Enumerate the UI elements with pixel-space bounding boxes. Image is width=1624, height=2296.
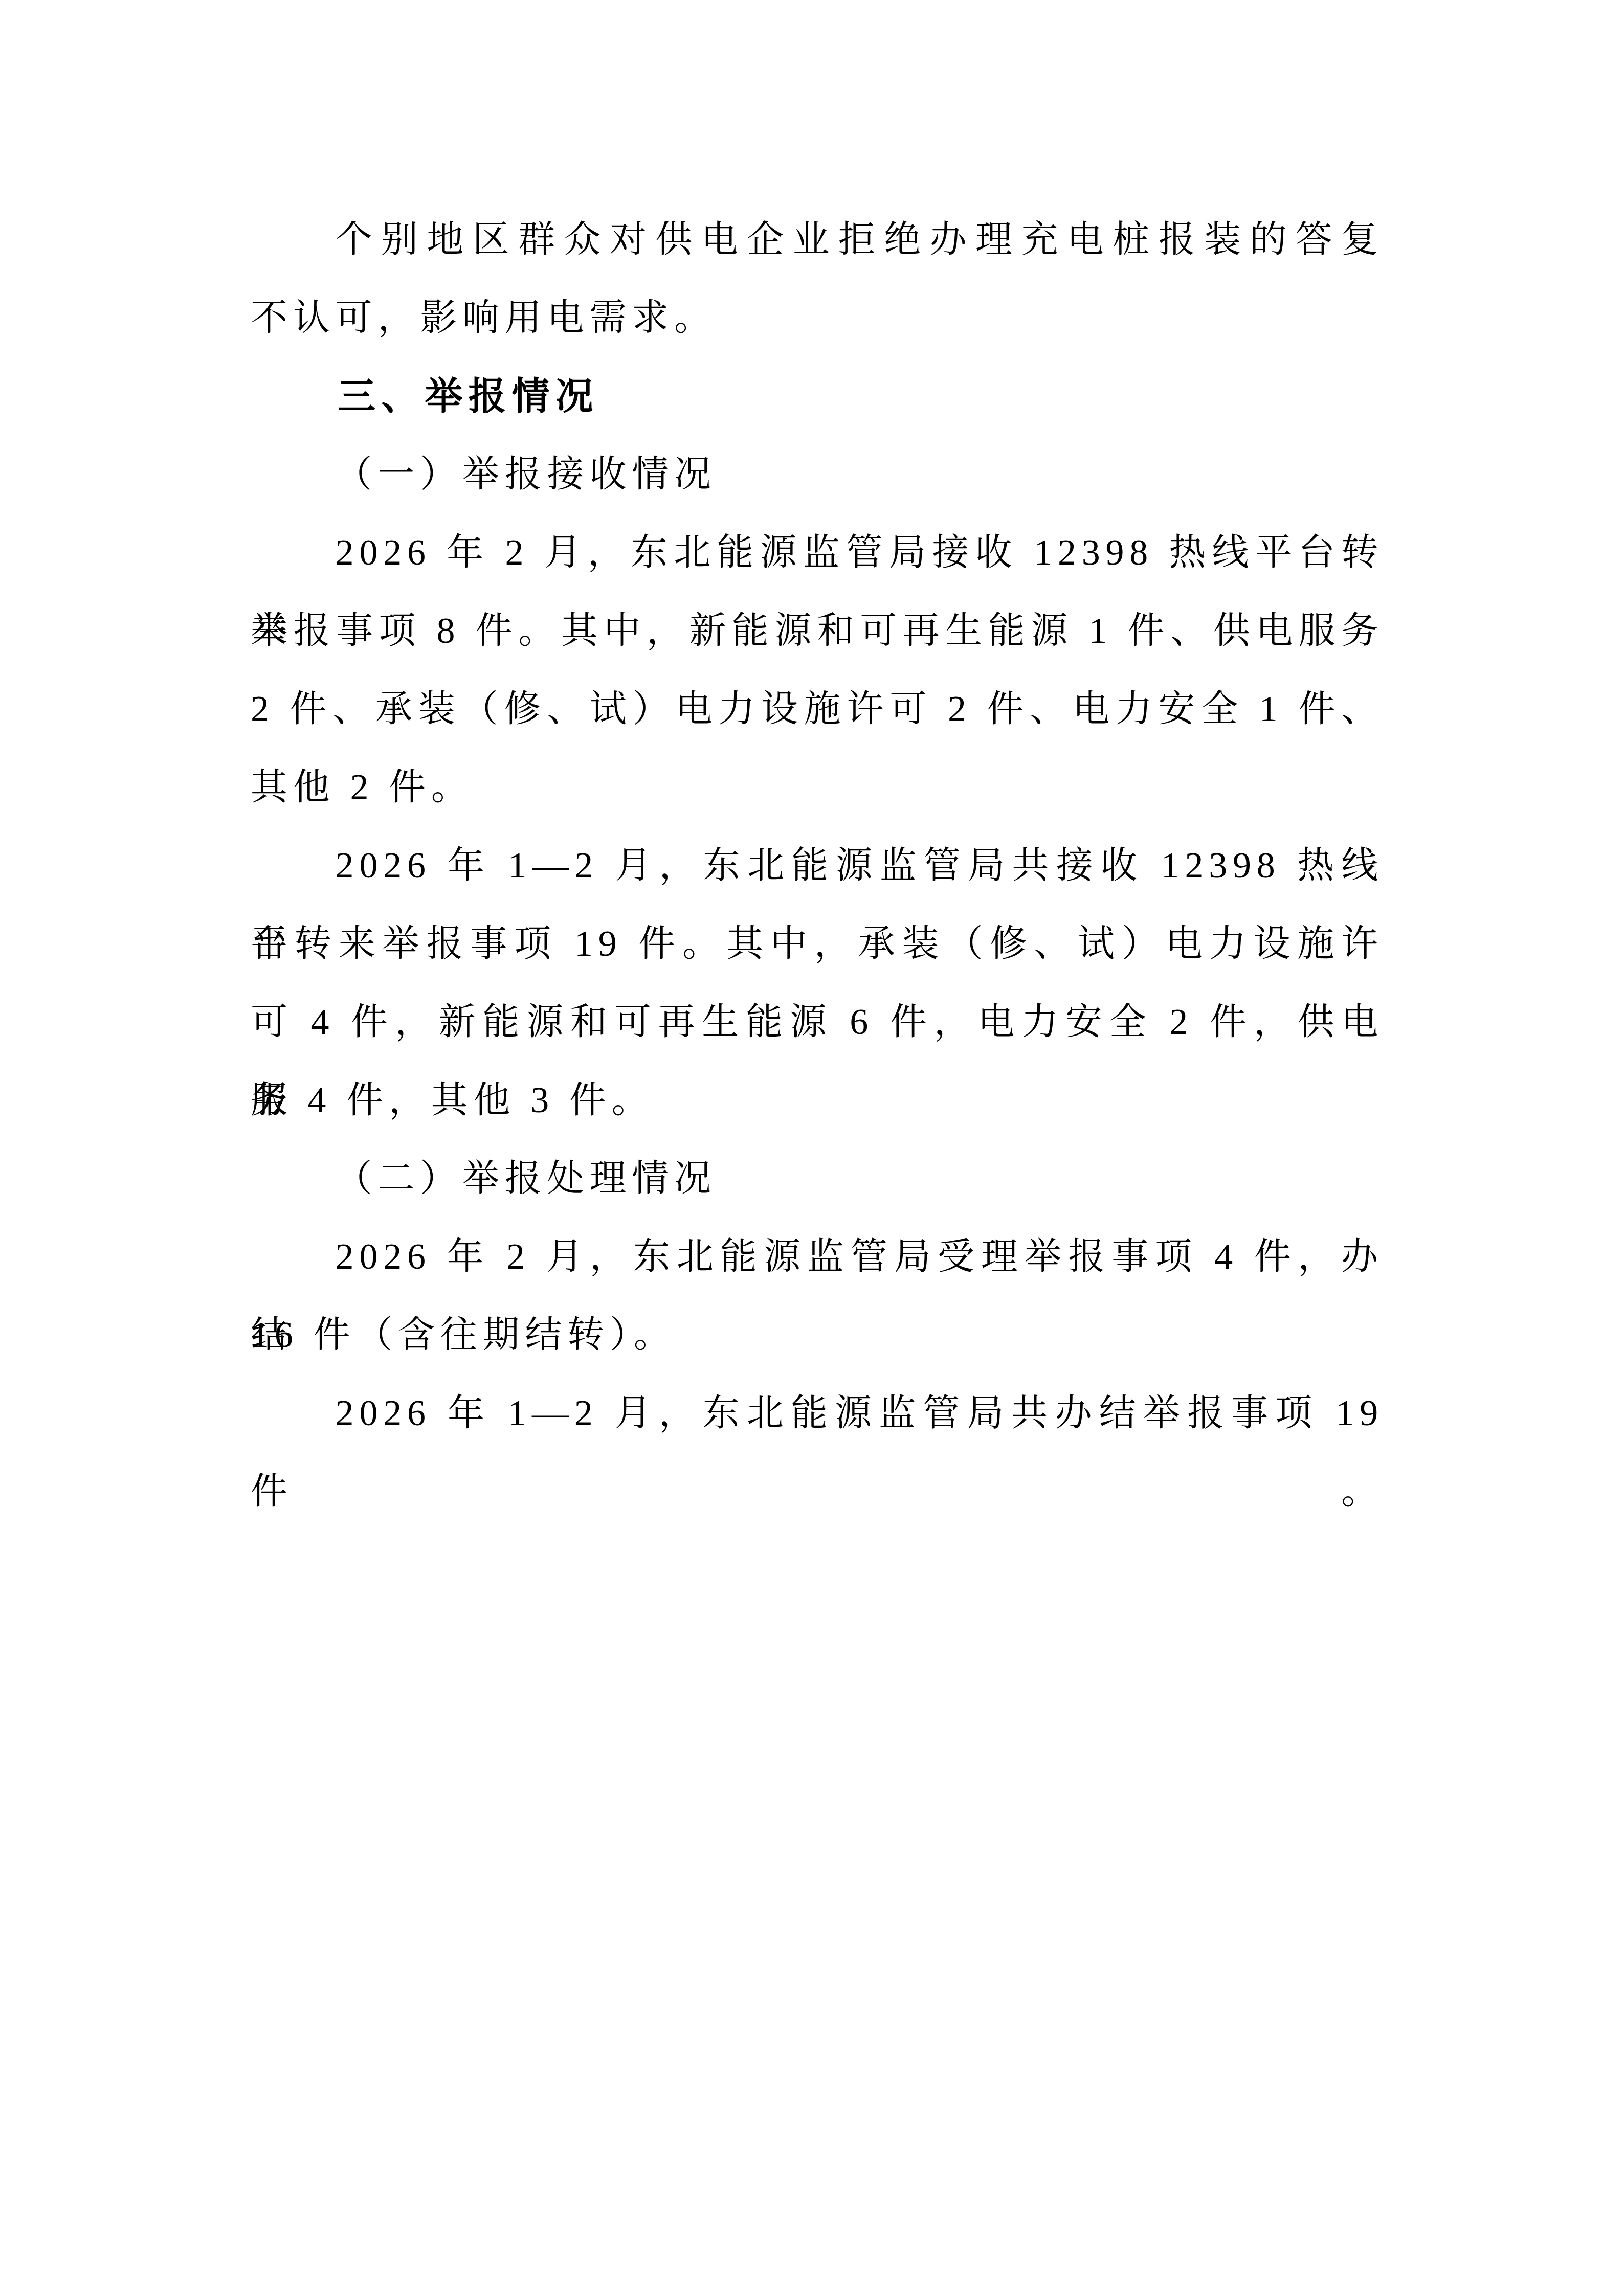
paragraph-line: 不认可，影响用电需求。 <box>251 279 1384 357</box>
paragraph-line: 2026 年 1—2 月，东北能源监管局共接收 12398 热线平 <box>251 826 1384 905</box>
paragraph-line: 务 4 件，其他 3 件。 <box>251 1061 1384 1139</box>
section-heading: 三、举报情况 <box>251 357 1384 435</box>
paragraph-line: 其他 2 件。 <box>251 748 1384 826</box>
subsection-heading: （一）举报接收情况 <box>251 435 1384 513</box>
subsection-heading: （二）举报处理情况 <box>251 1139 1384 1218</box>
paragraph-line: 2026 年 2 月，东北能源监管局接收 12398 热线平台转来 <box>251 513 1384 592</box>
paragraph-line: 举报事项 8 件。其中，新能源和可再生能源 1 件、供电服务 <box>251 592 1384 670</box>
paragraph-line: 可 4 件，新能源和可再生能源 6 件，电力安全 2 件，供电服 <box>251 983 1384 1061</box>
paragraph-line: 2026 年 1—2 月，东北能源监管局共办结举报事项 19 件。 <box>251 1374 1384 1452</box>
paragraph-line: 16 件（含往期结转）。 <box>251 1296 1384 1374</box>
document-body: 个别地区群众对供电企业拒绝办理充电桩报装的答复不认可，影响用电需求。三、举报情况… <box>251 200 1384 1452</box>
paragraph-line: 2 件、承装（修、试）电力设施许可 2 件、电力安全 1 件、 <box>251 670 1384 748</box>
paragraph-line: 台转来举报事项 19 件。其中，承装（修、试）电力设施许 <box>251 905 1384 983</box>
paragraph-line: 个别地区群众对供电企业拒绝办理充电桩报装的答复 <box>251 200 1384 279</box>
document-page: 个别地区群众对供电企业拒绝办理充电桩报装的答复不认可，影响用电需求。三、举报情况… <box>0 0 1624 2296</box>
paragraph-line: 2026 年 2 月，东北能源监管局受理举报事项 4 件，办结 <box>251 1218 1384 1296</box>
